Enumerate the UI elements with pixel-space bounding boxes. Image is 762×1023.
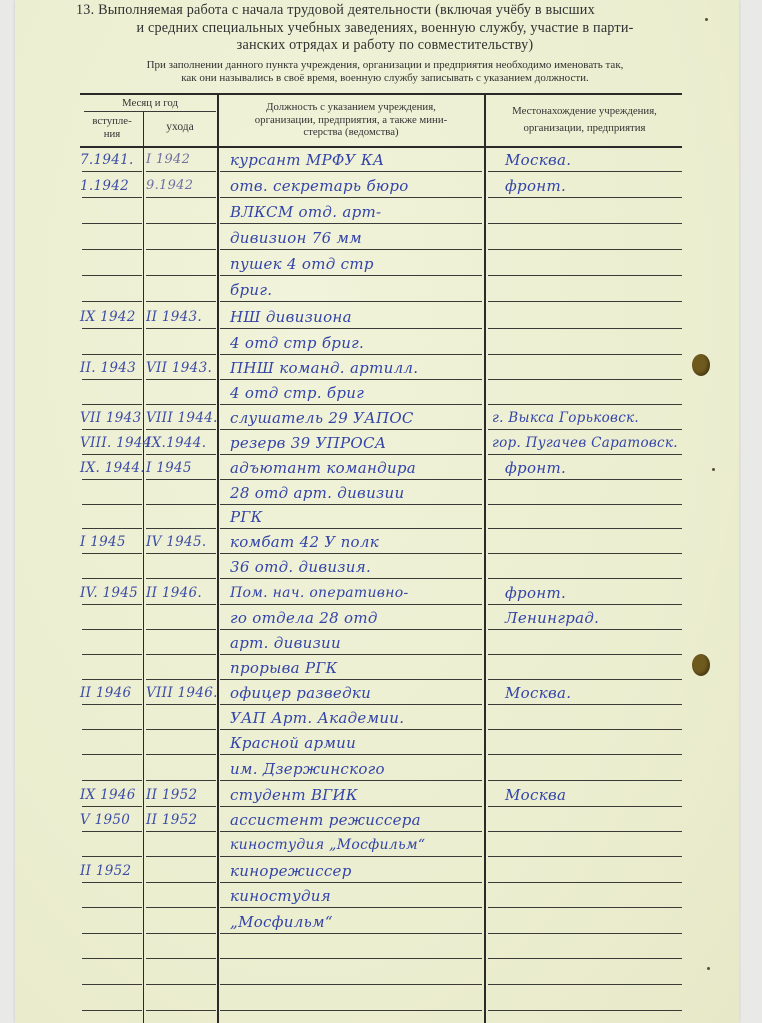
row-rule	[146, 454, 216, 455]
row-rule	[146, 831, 216, 832]
row-rule	[146, 907, 216, 908]
header-location-line-1: Местонахождение учреждения,	[487, 103, 682, 120]
position-cell: слушатель 29 УАПОС	[230, 409, 414, 427]
row-rule	[146, 754, 216, 755]
row-rule	[488, 429, 682, 430]
start-date-cell: 1.1942	[80, 177, 129, 195]
row-rule	[146, 504, 216, 505]
row-rule	[82, 704, 142, 705]
row-rule	[488, 223, 682, 224]
row-rule	[146, 1010, 216, 1011]
row-rule	[82, 984, 142, 985]
row-rule	[488, 679, 682, 680]
position-cell: 36 отд. дивизия.	[230, 558, 371, 576]
row-rule	[488, 578, 682, 579]
row-rule	[82, 856, 142, 857]
row-rule	[82, 1010, 142, 1011]
position-cell: комбат 42 У полк	[230, 533, 379, 551]
row-rule	[488, 907, 682, 908]
row-rule	[488, 882, 682, 883]
paper-speck	[707, 967, 710, 970]
row-rule	[82, 654, 142, 655]
location-cell: г. Выкса Горьковск.	[492, 409, 639, 427]
row-rule	[488, 958, 682, 959]
position-cell: „Мосфильм“	[230, 913, 333, 931]
header-position: Должность с указанием учреждения, органи…	[220, 101, 482, 139]
start-date-cell: IV. 1945	[80, 584, 138, 602]
position-cell: Красной армии	[230, 734, 356, 752]
row-rule	[82, 831, 142, 832]
header-location-line-2: организации, предприятия	[487, 120, 682, 137]
row-rule	[146, 404, 216, 405]
header-month-year: Месяц и год	[84, 97, 216, 110]
position-cell: отв. секретарь бюро	[230, 177, 409, 195]
row-rule	[82, 806, 142, 807]
row-rule	[488, 528, 682, 529]
row-rule	[146, 479, 216, 480]
start-date-cell: I 1945	[80, 533, 126, 551]
row-rule	[82, 629, 142, 630]
position-cell: УАП Арт. Академии.	[230, 709, 404, 727]
row-rule	[146, 528, 216, 529]
position-cell: дивизион 76 мм	[230, 229, 362, 247]
end-date-cell: VII 1943.	[146, 359, 212, 377]
row-rule	[220, 704, 482, 705]
row-rule	[146, 704, 216, 705]
position-cell: 4 отд стр бриг.	[230, 334, 364, 352]
row-rule	[82, 729, 142, 730]
end-date-cell: II 1946.	[146, 584, 202, 602]
start-date-cell: II 1952	[80, 862, 131, 880]
position-cell: резерв 39 УПРОСА	[230, 434, 386, 452]
row-rule	[488, 379, 682, 380]
row-rule	[488, 654, 682, 655]
row-rule	[220, 729, 482, 730]
row-rule	[488, 984, 682, 985]
row-rule	[82, 679, 142, 680]
row-rule	[220, 958, 482, 959]
section-title: 13. Выполняемая работа с начала трудовой…	[60, 2, 710, 55]
row-rule	[488, 933, 682, 934]
instruction-note: При заполнении данного пункта учреждения…	[60, 59, 710, 85]
row-rule	[146, 882, 216, 883]
start-date-cell: IX 1946	[80, 786, 136, 804]
header-start-line-1: вступле-	[82, 115, 142, 128]
header-position-line-2: организации, предприятия, а также мини-	[220, 114, 482, 127]
row-rule	[488, 328, 682, 329]
row-rule	[82, 379, 142, 380]
row-rule	[220, 379, 482, 380]
row-rule	[82, 780, 142, 781]
row-rule	[146, 328, 216, 329]
header-bottom-rule	[80, 146, 682, 148]
month-year-rule	[84, 111, 216, 112]
location-cell: фронт.	[505, 584, 566, 602]
row-rule	[220, 882, 482, 883]
row-rule	[82, 171, 142, 172]
row-rule	[220, 578, 482, 579]
location-cell: Москва.	[505, 151, 571, 169]
position-cell: офицер разведки	[230, 684, 371, 702]
end-date-cell: IV 1945.	[146, 533, 206, 551]
row-rule	[488, 301, 682, 302]
row-rule	[82, 553, 142, 554]
row-rule	[146, 729, 216, 730]
punch-hole	[692, 654, 710, 676]
row-rule	[488, 604, 682, 605]
row-rule	[488, 354, 682, 355]
row-rule	[82, 882, 142, 883]
row-rule	[488, 806, 682, 807]
start-date-cell: II 1946	[80, 684, 131, 702]
row-rule	[82, 604, 142, 605]
position-cell: киностудия „Мосфильм“	[230, 836, 425, 854]
row-rule	[220, 404, 482, 405]
header-end: ухода	[145, 121, 215, 134]
position-cell: 4 отд стр. бриг	[230, 384, 364, 402]
row-rule	[220, 553, 482, 554]
instruction-note-line-2: как они назывались в своё время, военную…	[60, 72, 710, 85]
position-cell: адъютант командира	[230, 459, 416, 477]
start-date-cell: V 1950	[80, 811, 130, 829]
end-date-cell: IX.1944.	[146, 434, 206, 452]
row-rule	[82, 479, 142, 480]
row-rule	[146, 275, 216, 276]
start-date-cell: 7.1941.	[80, 151, 134, 169]
row-rule	[220, 654, 482, 655]
row-rule	[488, 454, 682, 455]
table-top-rule	[80, 93, 682, 95]
row-rule	[220, 1010, 482, 1011]
row-rule	[220, 907, 482, 908]
row-rule	[82, 301, 142, 302]
position-cell: им. Дзержинского	[230, 760, 385, 778]
end-date-cell: II 1943.	[146, 308, 202, 326]
end-date-cell: II 1952	[146, 811, 197, 829]
paper-speck	[705, 18, 708, 21]
position-cell: го отдела 28 отд	[230, 609, 378, 627]
row-rule	[146, 958, 216, 959]
row-rule	[220, 856, 482, 857]
row-rule	[146, 301, 216, 302]
end-date-cell: VIII 1944.	[146, 409, 218, 427]
position-cell: РГК	[230, 508, 263, 526]
row-rule	[488, 1010, 682, 1011]
row-rule	[82, 504, 142, 505]
row-rule	[82, 429, 142, 430]
punch-hole	[692, 354, 710, 376]
row-rule	[146, 780, 216, 781]
row-rule	[82, 907, 142, 908]
row-rule	[488, 404, 682, 405]
row-rule	[82, 454, 142, 455]
row-rule	[488, 780, 682, 781]
position-cell: курсант МРФУ КА	[230, 151, 384, 169]
row-rule	[146, 654, 216, 655]
row-rule	[488, 479, 682, 480]
row-rule	[220, 328, 482, 329]
row-rule	[220, 197, 482, 198]
row-rule	[488, 197, 682, 198]
row-rule	[220, 354, 482, 355]
start-date-cell: IX. 1944.	[80, 459, 145, 477]
section-title-line-2: и средних специальных учебных заведениях…	[60, 20, 710, 38]
location-cell: Москва	[505, 786, 566, 804]
row-rule	[488, 729, 682, 730]
column-divider-position-location	[484, 93, 486, 1023]
row-rule	[146, 578, 216, 579]
row-rule	[488, 504, 682, 505]
row-rule	[220, 171, 482, 172]
location-cell: фронт.	[505, 459, 566, 477]
row-rule	[220, 780, 482, 781]
row-rule	[146, 679, 216, 680]
start-date-cell: VIII. 1944	[80, 434, 152, 452]
row-rule	[220, 754, 482, 755]
row-rule	[82, 754, 142, 755]
end-date-cell: II 1952	[146, 786, 197, 804]
start-date-cell: IX 1942	[80, 308, 136, 326]
row-rule	[220, 301, 482, 302]
row-rule	[220, 249, 482, 250]
position-cell: пушек 4 отд стр	[230, 255, 374, 273]
row-rule	[146, 629, 216, 630]
end-date-cell: 9.1942	[146, 177, 193, 195]
position-cell: ПНШ команд. артилл.	[230, 359, 418, 377]
row-rule	[146, 553, 216, 554]
header-position-line-3: стерства (ведомства)	[220, 126, 482, 139]
location-cell: Москва.	[505, 684, 571, 702]
row-rule	[220, 429, 482, 430]
row-rule	[146, 429, 216, 430]
row-rule	[488, 831, 682, 832]
row-rule	[146, 249, 216, 250]
end-date-cell: VIII 1946.	[146, 684, 218, 702]
column-divider-start-end	[143, 112, 144, 1023]
row-rule	[220, 806, 482, 807]
position-cell: арт. дивизии	[230, 634, 341, 652]
row-rule	[220, 629, 482, 630]
location-cell: фронт.	[505, 177, 566, 195]
row-rule	[220, 275, 482, 276]
end-date-cell: I 1942	[146, 151, 190, 169]
row-rule	[488, 171, 682, 172]
position-cell: ВЛКСМ отд. арт-	[230, 203, 381, 221]
row-rule	[146, 856, 216, 857]
position-cell: бриг.	[230, 281, 272, 299]
position-cell: 28 отд арт. дивизии	[230, 484, 404, 502]
row-rule	[82, 404, 142, 405]
row-rule	[488, 275, 682, 276]
row-rule	[146, 604, 216, 605]
row-rule	[82, 354, 142, 355]
row-rule	[488, 856, 682, 857]
row-rule	[82, 197, 142, 198]
row-rule	[146, 197, 216, 198]
position-cell: студент ВГИК	[230, 786, 358, 804]
end-date-cell: I 1945	[146, 459, 192, 477]
row-rule	[82, 249, 142, 250]
header-start: вступле- ния	[82, 115, 142, 140]
row-rule	[220, 604, 482, 605]
header-start-line-2: ния	[82, 128, 142, 141]
position-cell: ассистент режиссера	[230, 811, 421, 829]
instruction-note-line-1: При заполнении данного пункта учреждения…	[60, 59, 710, 72]
section-title-line-3: занских отрядах и работу по совместитель…	[60, 37, 710, 55]
row-rule	[220, 528, 482, 529]
row-rule	[146, 933, 216, 934]
start-date-cell: II. 1943	[80, 359, 136, 377]
row-rule	[220, 454, 482, 455]
row-rule	[220, 933, 482, 934]
row-rule	[146, 223, 216, 224]
position-cell: киностудия	[230, 887, 331, 905]
position-cell: НШ дивизиона	[230, 308, 352, 326]
row-rule	[220, 984, 482, 985]
location-cell: гор. Пугачев Саратовск.	[492, 434, 678, 452]
row-rule	[488, 629, 682, 630]
row-rule	[488, 553, 682, 554]
row-rule	[220, 223, 482, 224]
row-rule	[82, 223, 142, 224]
position-cell: Пом. нач. оперативно-	[230, 584, 408, 602]
row-rule	[220, 679, 482, 680]
row-rule	[82, 528, 142, 529]
paper-speck	[712, 468, 715, 471]
position-cell: кинорежиссер	[230, 862, 352, 880]
row-rule	[146, 806, 216, 807]
row-rule	[82, 275, 142, 276]
row-rule	[220, 504, 482, 505]
position-cell: прорыва РГК	[230, 659, 338, 677]
row-rule	[82, 328, 142, 329]
location-cell: Ленинград.	[505, 609, 599, 627]
row-rule	[82, 578, 142, 579]
row-rule	[146, 379, 216, 380]
row-rule	[146, 984, 216, 985]
row-rule	[220, 831, 482, 832]
start-date-cell: VII 1943	[80, 409, 141, 427]
row-rule	[146, 354, 216, 355]
row-rule	[82, 933, 142, 934]
row-rule	[488, 704, 682, 705]
row-rule	[146, 171, 216, 172]
header-location: Местонахождение учреждения, организации,…	[487, 103, 682, 137]
row-rule	[220, 479, 482, 480]
row-rule	[488, 754, 682, 755]
section-title-line-1: 13. Выполняемая работа с начала трудовой…	[60, 2, 710, 20]
row-rule	[82, 958, 142, 959]
row-rule	[488, 249, 682, 250]
header-position-line-1: Должность с указанием учреждения,	[220, 101, 482, 114]
column-divider-dates-position	[217, 93, 219, 1023]
